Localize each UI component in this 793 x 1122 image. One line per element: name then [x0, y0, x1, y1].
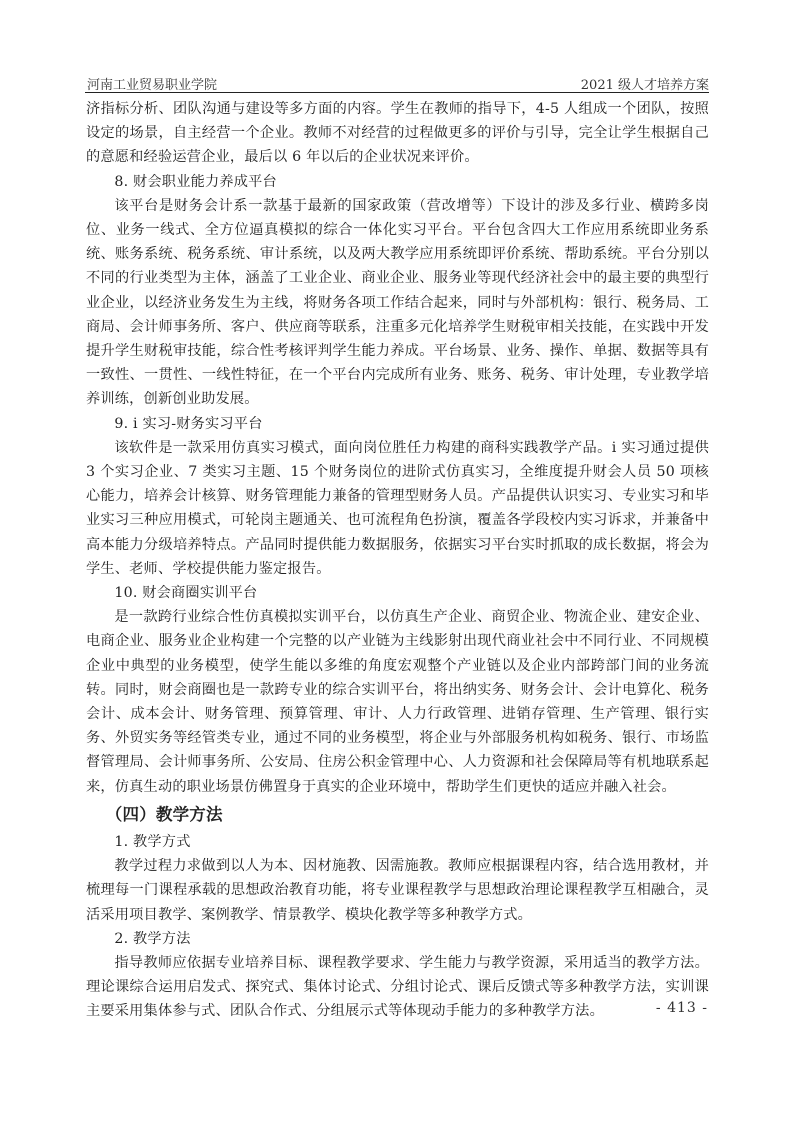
item-8-body: 该平台是财务会计系一款基于最新的国家政策（营改增等）下设计的涉及多行业、横跨多岗… — [86, 194, 709, 412]
institution-name: 河南工业贸易职业学院 — [87, 74, 217, 93]
item-9-title: 9. i 实习-财务实习平台 — [86, 412, 709, 436]
page-header: 河南工业贸易职业学院 2021 级人才培养方案 — [85, 74, 709, 93]
page-number: - 413 - — [656, 1000, 708, 1016]
item-9-body: 该软件是一款采用仿真实习模式，面向岗位胜任力构建的商科实践教学产品。i 实习通过… — [86, 436, 709, 581]
page-body: 济指标分析、团队沟通与建设等多方面的内容。学生在教师的指导下，4-5 人组成一个… — [86, 97, 709, 1024]
item-10-body: 是一款跨行业综合性仿真模拟实训平台，以仿真生产企业、商贸企业、物流企业、建安企业… — [86, 605, 709, 799]
section-heading-teaching-methods: （四）教学方法 — [86, 802, 709, 828]
method-1-title: 1. 教学方式 — [86, 830, 709, 854]
method-2-title: 2. 教学方法 — [86, 927, 709, 951]
document-title: 2021 级人才培养方案 — [581, 74, 709, 93]
method-1-body: 教学过程力求做到以人为本、因材施教、因需施教。教师应根据课程内容，结合选用教材，… — [86, 854, 709, 927]
item-8-title: 8. 财会职业能力养成平台 — [86, 170, 709, 194]
method-2-body: 指导教师应依据专业培养目标、课程教学要求、学生能力与教学资源，采用适当的教学方法… — [86, 951, 709, 1024]
item-10-title: 10. 财会商圈实训平台 — [86, 581, 709, 605]
paragraph-continued: 济指标分析、团队沟通与建设等多方面的内容。学生在教师的指导下，4-5 人组成一个… — [86, 97, 709, 170]
